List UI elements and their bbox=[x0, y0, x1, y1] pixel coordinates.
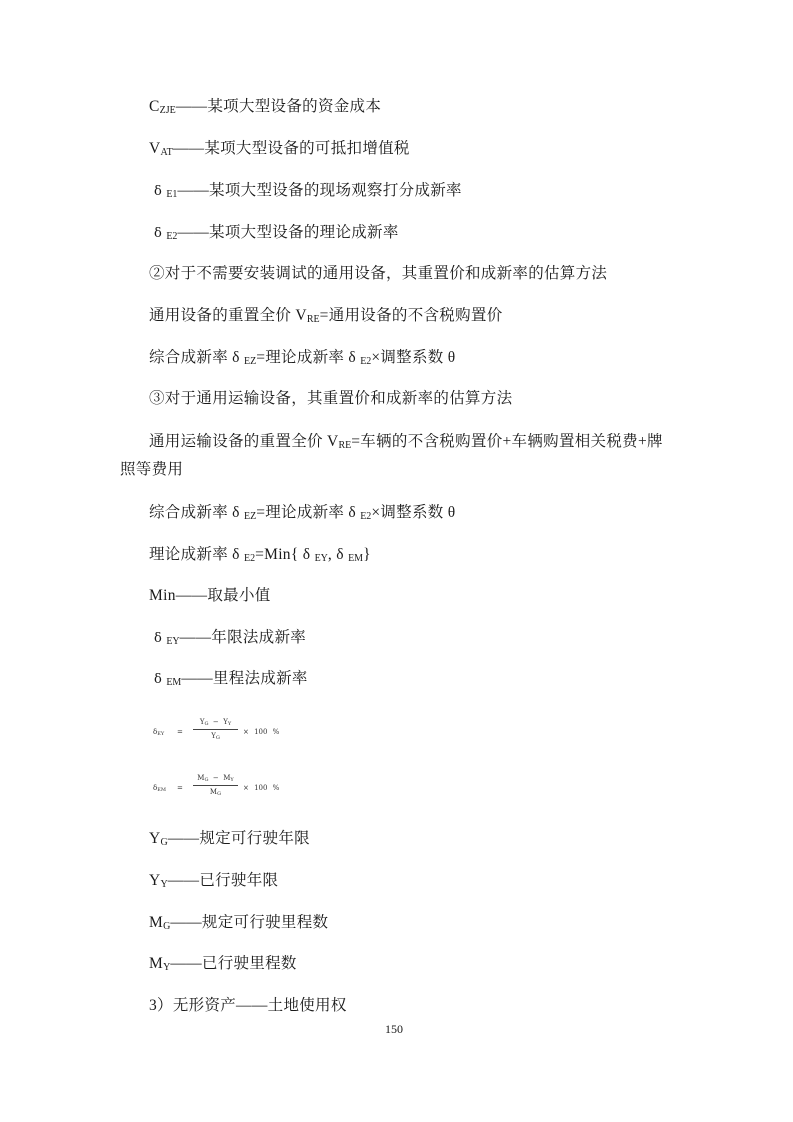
section-intangible-heading: 3）无形资产——土地使用权 bbox=[149, 996, 347, 1016]
denominator: MG bbox=[193, 786, 238, 801]
symbol: Y bbox=[149, 830, 161, 847]
subscript: EZ bbox=[244, 511, 256, 522]
definition-delta-em: δ EM——里程法成新率 bbox=[154, 669, 308, 693]
formula-lhs: δEM bbox=[153, 784, 166, 793]
subscript: Y bbox=[230, 777, 233, 783]
text: =通用设备的不含税购置价 bbox=[320, 307, 503, 324]
symbol: δ bbox=[154, 226, 162, 241]
subscript: G bbox=[161, 837, 168, 848]
description: ——某项大型设备的资金成本 bbox=[176, 98, 381, 115]
subscript: EM bbox=[348, 553, 363, 564]
description: ——规定可行驶年限 bbox=[168, 830, 310, 847]
formula-delta-em: δEM = MG − MY MG × 100 % bbox=[153, 772, 303, 812]
subscript: G bbox=[204, 777, 208, 783]
description: ——里程法成新率 bbox=[181, 670, 307, 687]
definition-mg: MG——规定可行驶里程数 bbox=[149, 913, 328, 937]
formula-delta-ey: δEY = YG − YY YG × 100 % bbox=[153, 716, 303, 756]
description: ——某项大型设备的现场观察打分成新率 bbox=[177, 182, 461, 199]
multiplier: × 100 % bbox=[243, 728, 279, 736]
symbol: V bbox=[149, 140, 161, 157]
description: ——取最小值 bbox=[176, 587, 271, 604]
definition-yg: YG——规定可行驶年限 bbox=[149, 829, 310, 853]
definition-czje: CZJE——某项大型设备的资金成本 bbox=[149, 97, 381, 121]
symbol: Y bbox=[149, 872, 161, 889]
text: =理论成新率 δ bbox=[256, 504, 356, 521]
subscript: G bbox=[216, 735, 220, 741]
fraction: YG − YY YG bbox=[193, 716, 238, 745]
document-page: CZJE——某项大型设备的资金成本 VAT——某项大型设备的可抵扣增值税 δ E… bbox=[0, 0, 793, 1122]
description: ——年限法成新率 bbox=[180, 629, 306, 646]
description: ——某项大型设备的理论成新率 bbox=[177, 224, 398, 241]
description: ——规定可行驶里程数 bbox=[170, 914, 328, 931]
text: 综合成新率 δ bbox=[149, 349, 240, 366]
denominator: YG bbox=[193, 730, 238, 745]
subscript: Y bbox=[161, 879, 168, 890]
equals-sign: = bbox=[177, 784, 183, 792]
subscript: E2 bbox=[166, 231, 177, 242]
text: , δ bbox=[328, 546, 344, 563]
section2-heading: ②对于不需要安装调试的通用设备，其重置价和成新率的估算方法 bbox=[149, 264, 607, 284]
subscript: ZJE bbox=[160, 105, 176, 116]
definition-vat: VAT——某项大型设备的可抵扣增值税 bbox=[149, 139, 410, 163]
definition-yy: YY——已行驶年限 bbox=[149, 871, 278, 895]
symbol: δ bbox=[154, 184, 162, 199]
text: =Min{ δ bbox=[255, 546, 310, 563]
section3-replacement-continuation: 照等费用 bbox=[120, 460, 183, 480]
subscript: G bbox=[217, 791, 221, 797]
section2-composite-formula: 综合成新率 δ EZ=理论成新率 δ E2×调整系数 θ bbox=[149, 348, 455, 372]
description: ——某项大型设备的可抵扣增值税 bbox=[173, 140, 410, 157]
minus-sign: − bbox=[213, 718, 219, 726]
symbol: Min bbox=[149, 587, 176, 604]
subscript: RE bbox=[338, 440, 351, 451]
subscript: EM bbox=[157, 787, 166, 793]
numerator: MG − MY bbox=[193, 772, 238, 786]
subscript: E2 bbox=[360, 356, 371, 367]
symbol: C bbox=[149, 98, 160, 115]
formula-lhs: δEY bbox=[153, 728, 164, 737]
definition-delta-e1: δ E1——某项大型设备的现场观察打分成新率 bbox=[154, 181, 462, 205]
section3-theory-formula: 理论成新率 δ E2=Min{ δ EY, δ EM} bbox=[149, 545, 371, 569]
definition-my: MY——已行驶里程数 bbox=[149, 954, 297, 978]
text: } bbox=[363, 546, 371, 563]
subscript: EM bbox=[166, 677, 181, 688]
definition-min: Min——取最小值 bbox=[149, 586, 271, 606]
subscript: RE bbox=[307, 314, 320, 325]
subscript: EY bbox=[157, 731, 164, 737]
symbol: M bbox=[210, 788, 217, 796]
fraction: MG − MY MG bbox=[193, 772, 238, 801]
text: 理论成新率 δ bbox=[149, 546, 240, 563]
subscript: EY bbox=[166, 636, 179, 647]
equals-sign: = bbox=[177, 728, 183, 736]
symbol: δ bbox=[154, 672, 162, 687]
subscript: G bbox=[204, 721, 208, 727]
text: ×调整系数 θ bbox=[371, 349, 455, 366]
section3-composite-formula: 综合成新率 δ EZ=理论成新率 δ E2×调整系数 θ bbox=[149, 503, 455, 527]
section3-heading: ③对于通用运输设备，其重置价和成新率的估算方法 bbox=[149, 389, 512, 409]
description: ——已行驶里程数 bbox=[170, 955, 296, 972]
section2-replacement-formula: 通用设备的重置全价 VRE=通用设备的不含税购置价 bbox=[149, 306, 503, 330]
symbol: δ bbox=[154, 631, 162, 646]
text: =车辆的不含税购置价+车辆购置相关税费+牌 bbox=[351, 433, 663, 450]
page-number: 150 bbox=[385, 1022, 403, 1037]
subscript: Y bbox=[228, 721, 231, 727]
text: ×调整系数 θ bbox=[371, 504, 455, 521]
minus-sign: − bbox=[213, 774, 219, 782]
subscript: E2 bbox=[244, 553, 255, 564]
subscript: AT bbox=[161, 147, 173, 158]
subscript: E2 bbox=[360, 511, 371, 522]
subscript: EZ bbox=[244, 356, 256, 367]
definition-delta-ey: δ EY——年限法成新率 bbox=[154, 628, 306, 652]
section3-replacement-formula: 通用运输设备的重置全价 VRE=车辆的不含税购置价+车辆购置相关税费+牌 bbox=[149, 432, 663, 456]
symbol: M bbox=[149, 955, 163, 972]
subscript: E1 bbox=[166, 189, 177, 200]
numerator: YG − YY bbox=[193, 716, 238, 730]
subscript: EY bbox=[315, 553, 328, 564]
symbol: M bbox=[149, 914, 163, 931]
definition-delta-e2: δ E2——某项大型设备的理论成新率 bbox=[154, 223, 399, 247]
description: ——已行驶年限 bbox=[168, 872, 279, 889]
text: 通用设备的重置全价 V bbox=[149, 307, 307, 324]
text: =理论成新率 δ bbox=[256, 349, 356, 366]
text: 通用运输设备的重置全价 V bbox=[149, 433, 338, 450]
text: 综合成新率 δ bbox=[149, 504, 240, 521]
multiplier: × 100 % bbox=[243, 784, 279, 792]
